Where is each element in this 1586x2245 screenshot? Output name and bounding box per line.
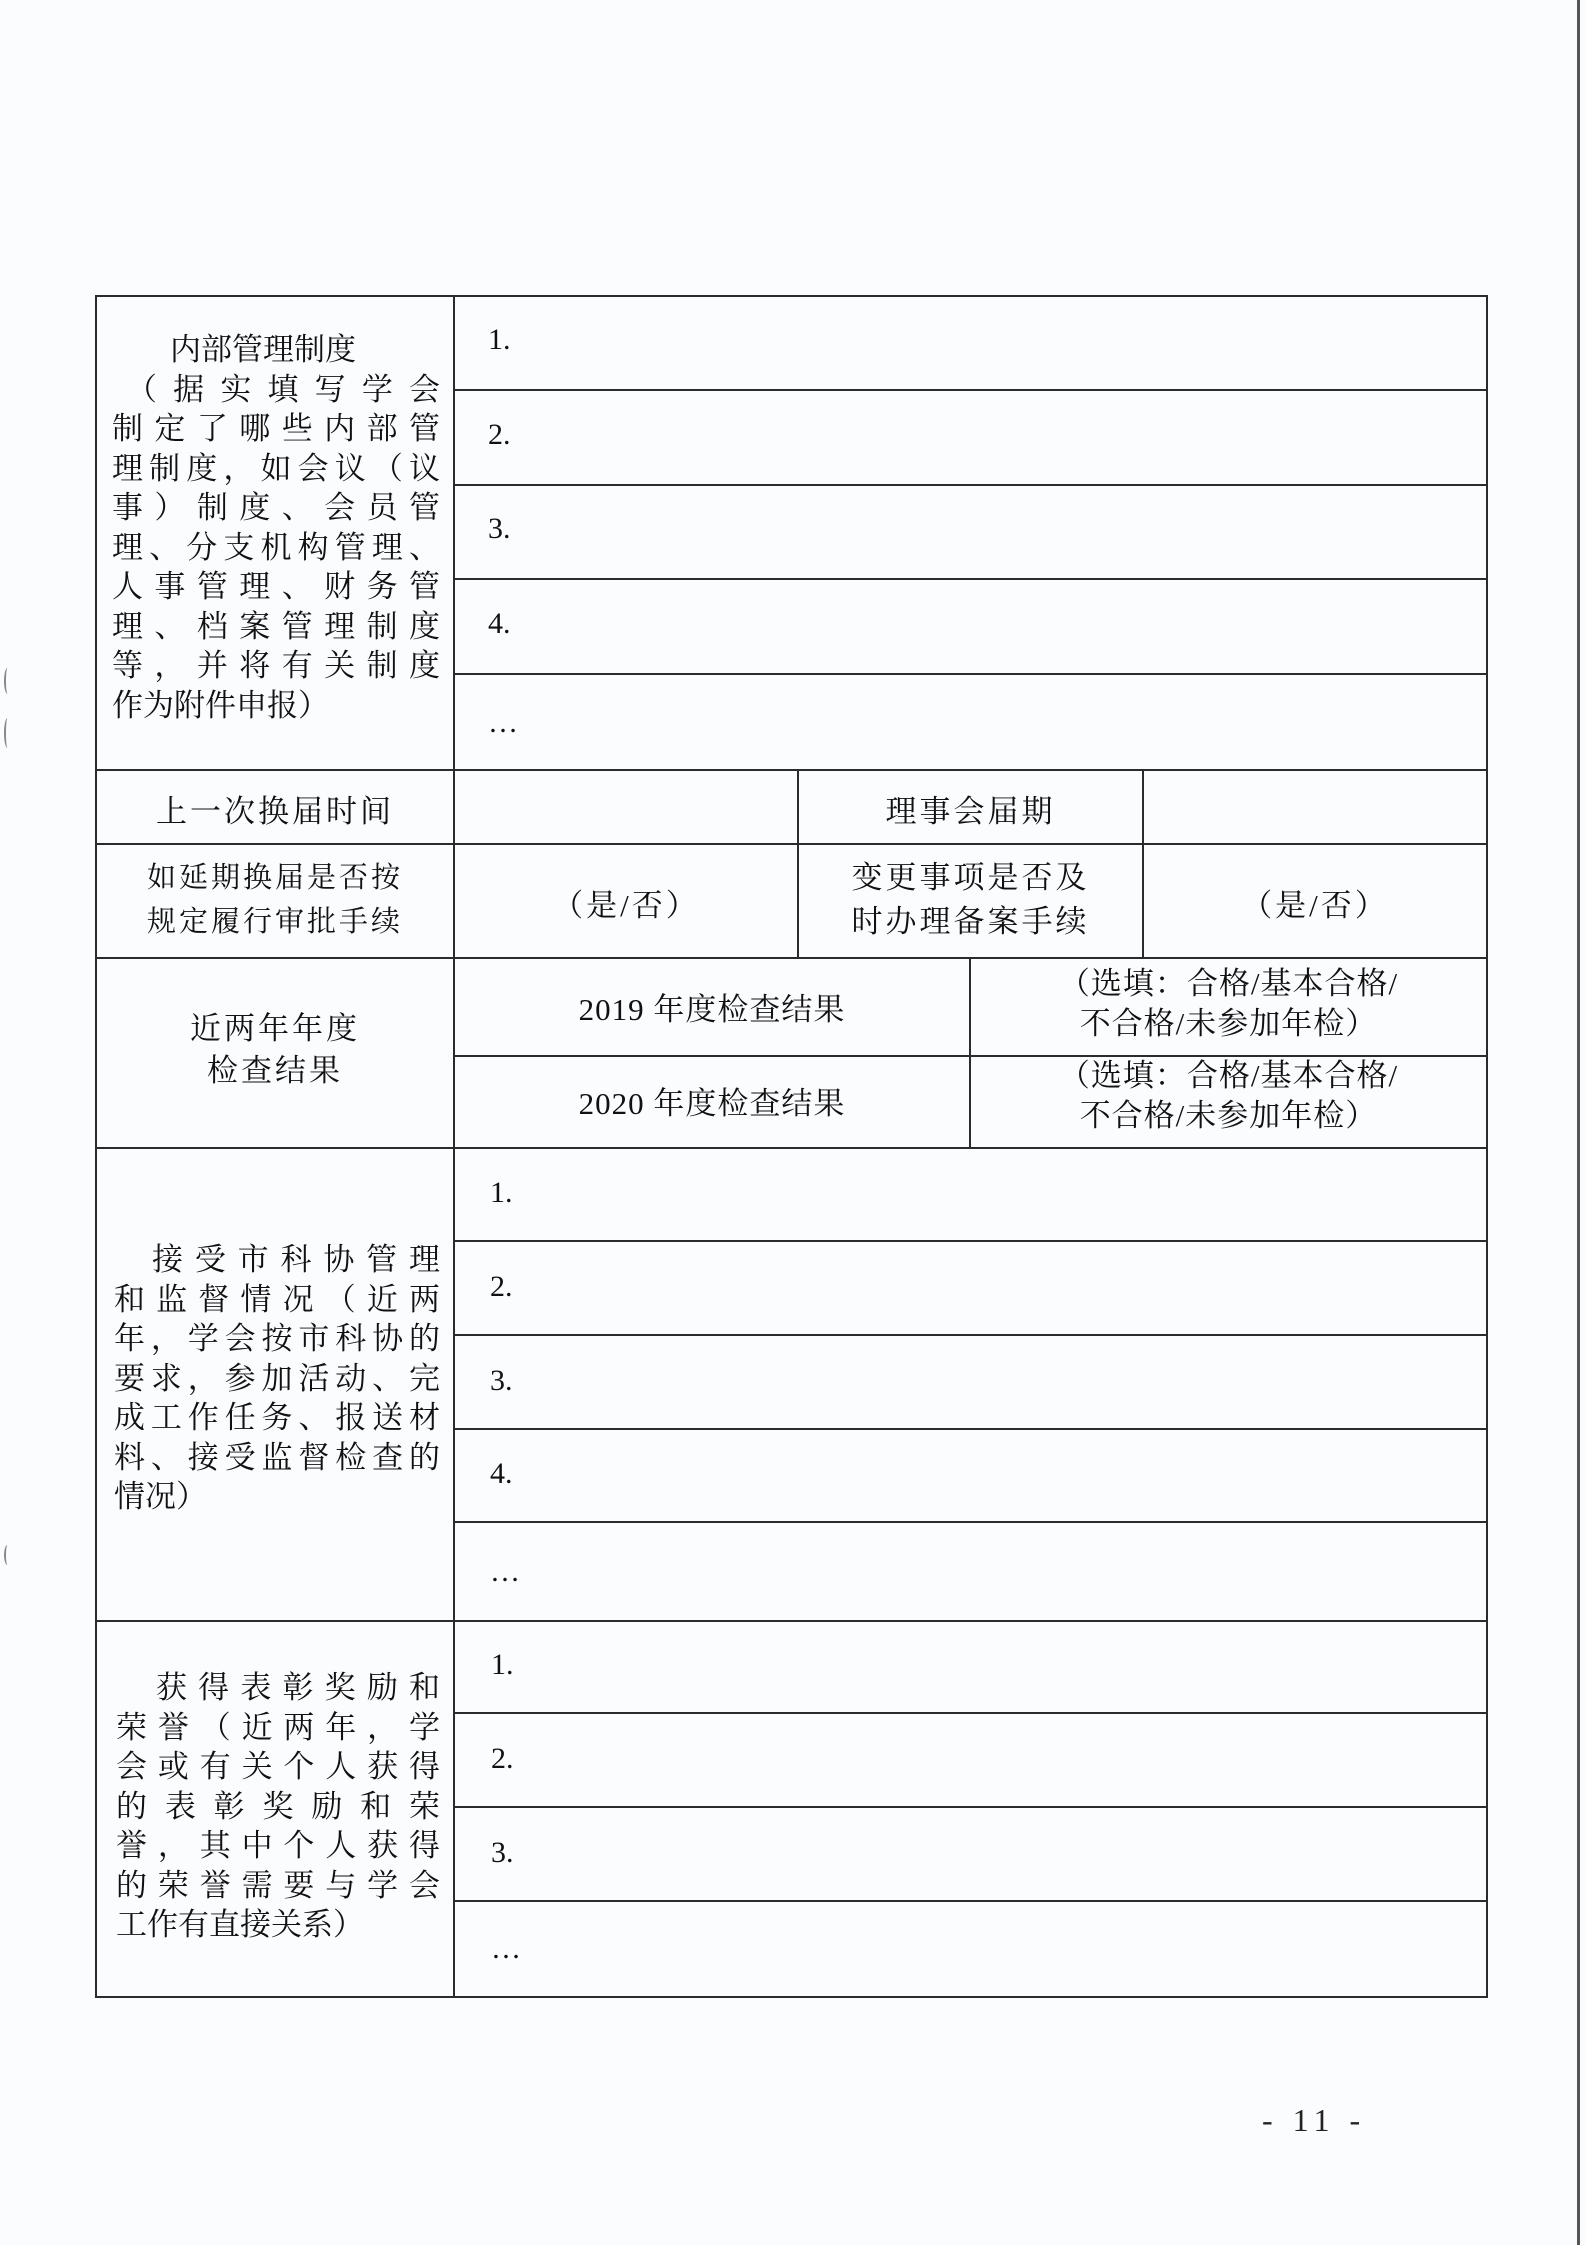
delay-approval-label: 如延期换届是否按 规定履行审批手续 [97, 856, 453, 944]
internal-item-2[interactable]: 2. [488, 418, 511, 452]
scan-mark [4, 1545, 11, 1565]
label-line: 的表彰奖励和荣 [116, 1787, 440, 1827]
label-line: 理、分支机构管理、 [112, 528, 440, 568]
row-divider [96, 957, 1487, 959]
scan-mark [4, 718, 11, 748]
label-line: 如延期换届是否按 [97, 856, 453, 900]
inspection-2019-field[interactable]: （选填：合格/基本合格/ 不合格/未参加年检） [971, 964, 1486, 1044]
table-border-top [96, 295, 1488, 297]
label-line: 时办理备案手续 [799, 900, 1142, 944]
board-term-label: 理事会届期 [799, 786, 1142, 831]
supervision-label: 接受市科协管理 和监督情况（近两 年，学会按市科协的 要求，参加活动、完 成工作… [114, 1240, 440, 1517]
label-line: 成工作任务、报送材 [114, 1398, 440, 1438]
row-divider [455, 1240, 1486, 1242]
label-line: 近两年年度 [97, 1008, 453, 1050]
inspection-label: 近两年年度 检查结果 [97, 1008, 453, 1092]
row-divider [455, 389, 1486, 391]
awards-label: 获得表彰奖励和 荣誉（近两年，学 会或有关个人获得 的表彰奖励和荣 誉，其中个人… [116, 1668, 440, 1945]
label-line: 和监督情况（近两 [114, 1280, 440, 1320]
row-divider [455, 578, 1486, 580]
label-line: 誉，其中个人获得 [116, 1826, 440, 1866]
label-line: 规定履行审批手续 [97, 900, 453, 944]
label-line: 的荣誉需要与学会 [116, 1866, 440, 1906]
label-line: 作为附件申报） [112, 686, 440, 726]
supervision-item-2[interactable]: 2. [490, 1270, 513, 1304]
last-election-field[interactable] [455, 771, 797, 843]
label-line: 制定了哪些内部管 [112, 409, 440, 449]
row-divider [455, 1712, 1486, 1714]
label-line: 等，并将有关制度 [112, 646, 440, 686]
awards-item-1[interactable]: 1. [491, 1648, 514, 1682]
delay-approval-field[interactable]: （是/否） [455, 880, 797, 925]
table-border-bottom [97, 1996, 1488, 1998]
label-line: 情况） [114, 1477, 440, 1517]
label-line: 工作有直接关系） [116, 1905, 440, 1945]
internal-item-3[interactable]: 3. [488, 512, 511, 546]
internal-item-4[interactable]: 4. [488, 607, 511, 641]
label-line: 荣誉（近两年，学 [116, 1708, 440, 1748]
change-filing-label: 变更事项是否及 时办理备案手续 [799, 856, 1142, 944]
supervision-item-more[interactable]: … [490, 1555, 520, 1589]
last-election-label: 上一次换届时间 [97, 786, 453, 831]
awards-item-more[interactable]: … [491, 1932, 521, 1966]
internal-item-1[interactable]: 1. [488, 323, 511, 357]
value-line: 不合格/未参加年检） [971, 1096, 1486, 1136]
page-number: - 11 - [1262, 2102, 1366, 2139]
inspection-2019-label: 2019 年度检查结果 [455, 984, 969, 1029]
label-line: 会或有关个人获得 [116, 1747, 440, 1787]
label-line: 理制度，如会议（议 [112, 449, 440, 489]
label-line: 人事管理、财务管 [112, 567, 440, 607]
board-term-field[interactable] [1144, 771, 1486, 843]
label-line: 内部管理制度 [112, 330, 440, 370]
inspection-2020-label: 2020 年度检查结果 [455, 1078, 969, 1123]
label-line: 料、接受监督检查的 [114, 1438, 440, 1478]
supervision-item-3[interactable]: 3. [490, 1364, 513, 1398]
row-divider [455, 1900, 1486, 1902]
label-line: 要求，参加活动、完 [114, 1359, 440, 1399]
value-line: （选填：合格/基本合格/ [971, 1056, 1486, 1096]
awards-item-3[interactable]: 3. [491, 1836, 514, 1870]
scan-mark [4, 668, 11, 694]
label-line: 理、档案管理制度 [112, 607, 440, 647]
row-divider [455, 484, 1486, 486]
internal-management-label: 内部管理制度 （据实填写学会 制定了哪些内部管 理制度，如会议（议 事）制度、会… [112, 330, 440, 725]
label-line: （据实填写学会 [112, 370, 440, 410]
label-line: 变更事项是否及 [799, 856, 1142, 900]
row-divider [96, 1620, 1487, 1622]
label-line: 获得表彰奖励和 [116, 1668, 440, 1708]
row-divider [455, 1334, 1486, 1336]
row-divider [455, 673, 1486, 675]
supervision-item-4[interactable]: 4. [490, 1457, 513, 1491]
inspection-2020-field[interactable]: （选填：合格/基本合格/ 不合格/未参加年检） [971, 1056, 1486, 1136]
row-divider [455, 1428, 1486, 1430]
row-divider [455, 1806, 1486, 1808]
label-line: 年，学会按市科协的 [114, 1319, 440, 1359]
awards-item-2[interactable]: 2. [491, 1742, 514, 1776]
value-line: 不合格/未参加年检） [971, 1004, 1486, 1044]
label-line: 检查结果 [97, 1050, 453, 1092]
label-line: 接受市科协管理 [114, 1240, 440, 1280]
change-filing-field[interactable]: （是/否） [1144, 880, 1486, 925]
supervision-item-1[interactable]: 1. [490, 1176, 513, 1210]
row-divider [96, 1147, 1487, 1149]
label-line: 事）制度、会员管 [112, 488, 440, 528]
page-edge-shadow [1577, 0, 1580, 2245]
row-divider [455, 1521, 1486, 1523]
row-divider [96, 843, 1487, 845]
value-line: （选填：合格/基本合格/ [971, 964, 1486, 1004]
internal-item-more[interactable]: … [488, 706, 518, 740]
